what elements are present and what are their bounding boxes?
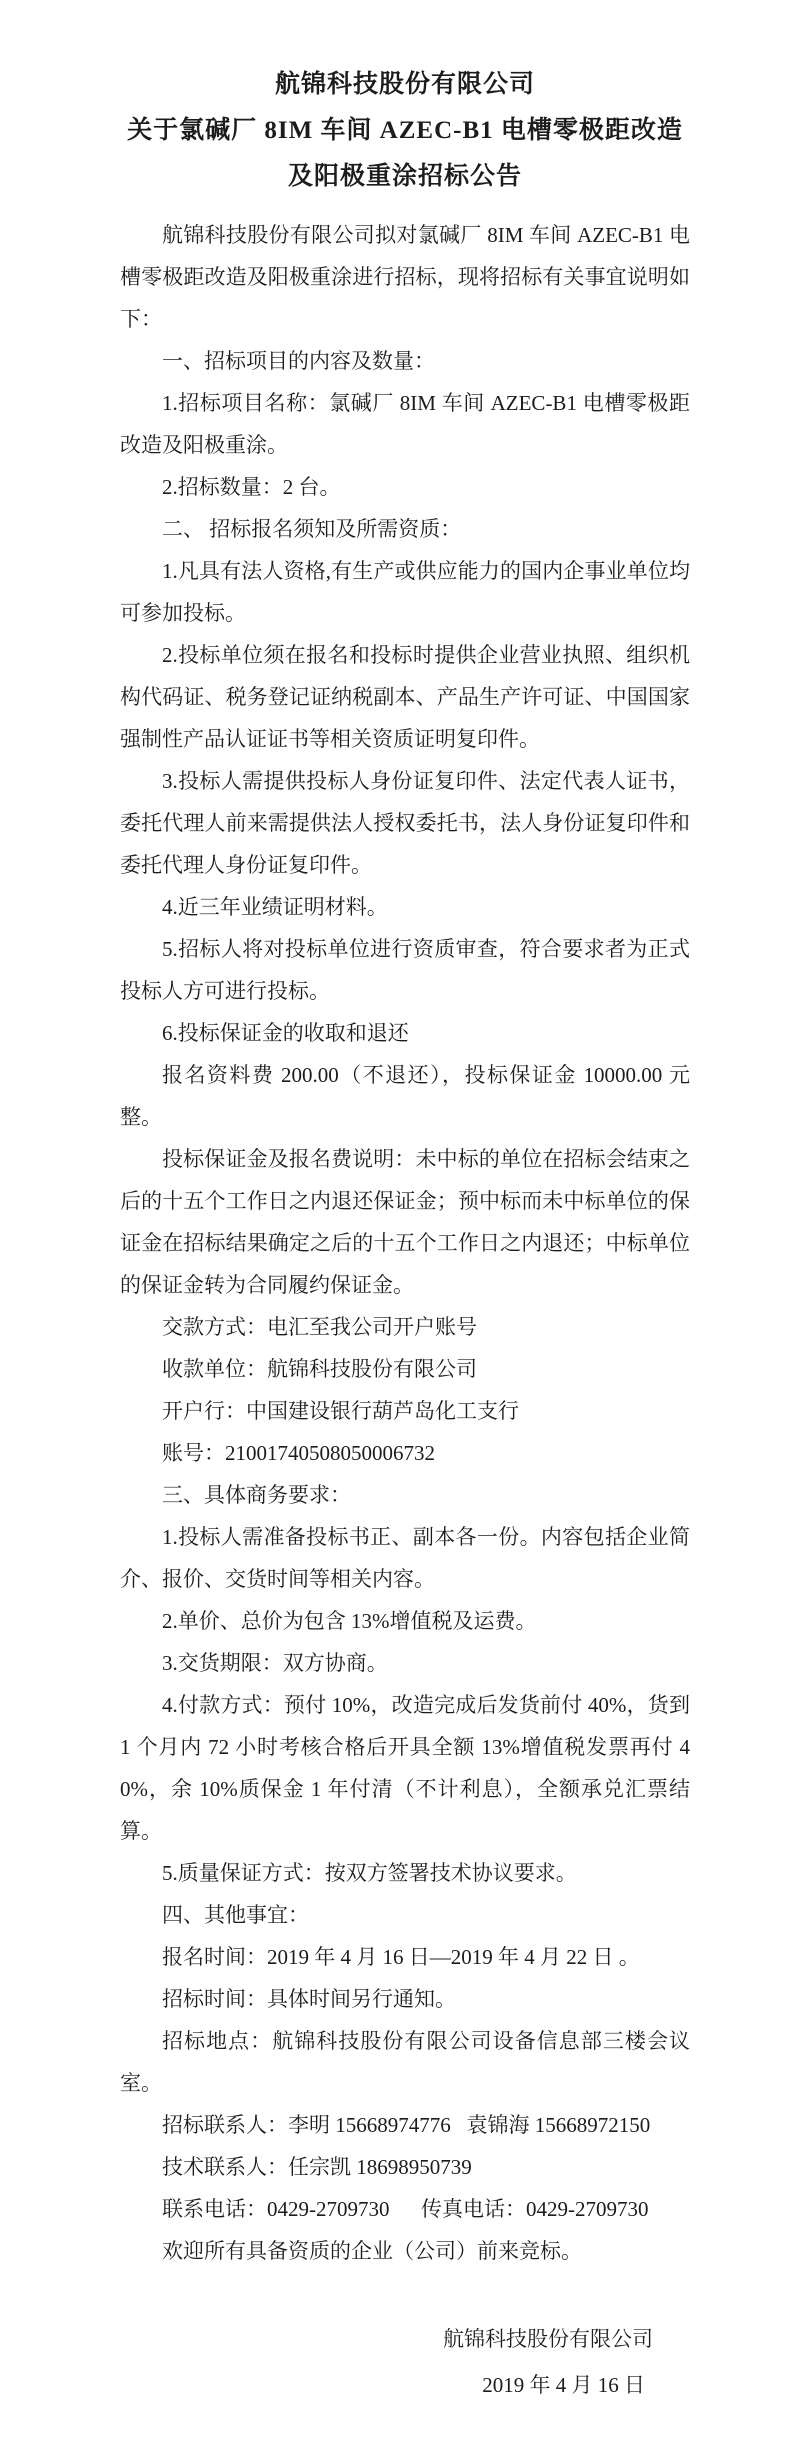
document-title: 航锦科技股份有限公司 关于氯碱厂 8IM 车间 AZEC-B1 电槽零极距改造 …: [120, 62, 690, 200]
para-deposit-refund-terms: 投标保证金及报名费说明：未中标的单位在招标会结束之后的十五个工作日之内退还保证金…: [120, 1138, 690, 1306]
para-2-5-qualification-review: 5.招标人将对投标单位进行资质审查，符合要求者为正式投标人方可进行投标。: [120, 928, 690, 1012]
para-2-1-eligibility: 1.凡具有法人资格,有生产或供应能力的国内企事业单位均可参加投标。: [120, 550, 690, 634]
document-page: 航锦科技股份有限公司 关于氯碱厂 8IM 车间 AZEC-B1 电槽零极距改造 …: [0, 0, 800, 2460]
para-2-3-id-documents: 3.投标人需提供投标人身份证复印件、法定代表人证书，委托代理人前来需提供法人授权…: [120, 760, 690, 886]
para-2-2-credentials: 2.投标单位须在报名和投标时提供企业营业执照、组织机构代码证、税务登记证纳税副本…: [120, 634, 690, 760]
para-technical-contact: 技术联系人：任宗凯 18698950739: [120, 2146, 690, 2188]
para-3-3-delivery-term: 3.交货期限：双方协商。: [120, 1642, 690, 1684]
section-1-heading: 一、招标项目的内容及数量：: [120, 340, 690, 382]
para-3-5-quality-guarantee: 5.质量保证方式：按双方签署技术协议要求。: [120, 1852, 690, 1894]
title-line-company: 航锦科技股份有限公司: [120, 62, 690, 108]
para-bank: 开户行：中国建设银行葫芦岛化工支行: [120, 1390, 690, 1432]
para-2-6-deposit-heading: 6.投标保证金的收取和退还: [120, 1012, 690, 1054]
para-bid-contacts: 招标联系人：李明 15668974776 袁锦海 15668972150: [120, 2104, 690, 2146]
para-1-1-project-name: 1.招标项目名称：氯碱厂 8IM 车间 AZEC-B1 电槽零极距改造及阳极重涂…: [120, 382, 690, 466]
para-welcome: 欢迎所有具备资质的企业（公司）前来竞标。: [120, 2230, 690, 2272]
signature-block: 航锦科技股份有限公司 2019 年 4 月 16 日: [120, 2316, 690, 2408]
para-payee: 收款单位：航锦科技股份有限公司: [120, 1348, 690, 1390]
para-intro: 航锦科技股份有限公司拟对氯碱厂 8IM 车间 AZEC-B1 电槽零极距改造及阳…: [120, 214, 690, 340]
signature-date: 2019 年 4 月 16 日: [120, 2362, 645, 2408]
para-deposit-amounts: 报名资料费 200.00（不退还），投标保证金 10000.00 元整。: [120, 1054, 690, 1138]
document-body: 航锦科技股份有限公司拟对氯碱厂 8IM 车间 AZEC-B1 电槽零极距改造及阳…: [120, 214, 690, 2272]
para-2-4-performance-records: 4.近三年业绩证明材料。: [120, 886, 690, 928]
para-1-2-quantity: 2.招标数量：2 台。: [120, 466, 690, 508]
section-3-heading: 三、具体商务要求：: [120, 1474, 690, 1516]
section-4-heading: 四、其他事宜：: [120, 1894, 690, 1936]
para-3-4-payment-terms: 4.付款方式：预付 10%，改造完成后发货前付 40%，货到 1 个月内 72 …: [120, 1684, 690, 1852]
para-3-1-bid-documents: 1.投标人需准备投标书正、副本各一份。内容包括企业简介、报价、交货时间等相关内容…: [120, 1516, 690, 1600]
title-line-announcement: 及阳极重涂招标公告: [120, 154, 690, 200]
para-phone-fax: 联系电话：0429-2709730 传真电话：0429-2709730: [120, 2188, 690, 2230]
section-2-heading: 二、 招标报名须知及所需资质：: [120, 508, 690, 550]
title-line-subject: 关于氯碱厂 8IM 车间 AZEC-B1 电槽零极距改造: [120, 108, 690, 154]
para-payment-method: 交款方式：电汇至我公司开户账号: [120, 1306, 690, 1348]
para-3-2-price-tax: 2.单价、总价为包含 13%增值税及运费。: [120, 1600, 690, 1642]
para-bid-location: 招标地点：航锦科技股份有限公司设备信息部三楼会议室。: [120, 2020, 690, 2104]
para-bid-time: 招标时间：具体时间另行通知。: [120, 1978, 690, 2020]
para-registration-time: 报名时间：2019 年 4 月 16 日—2019 年 4 月 22 日 。: [120, 1936, 690, 1978]
para-account-number: 账号：21001740508050006732: [120, 1432, 690, 1474]
signature-company: 航锦科技股份有限公司: [120, 2316, 653, 2362]
